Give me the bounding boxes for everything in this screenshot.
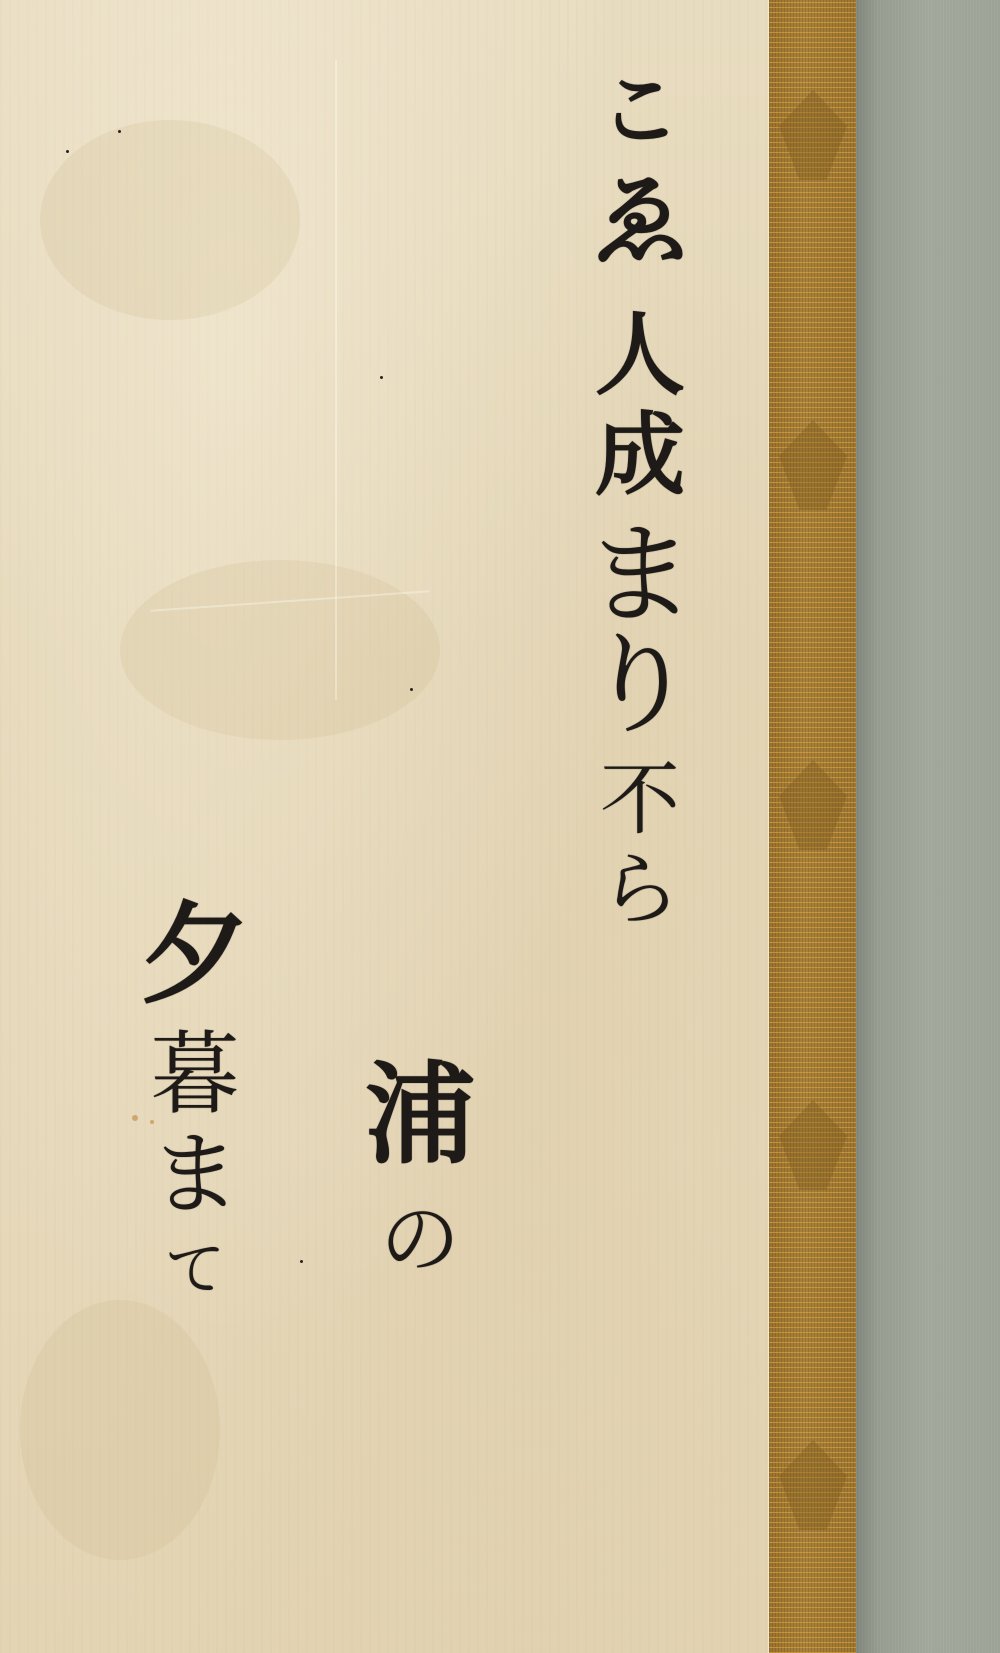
paper-stain bbox=[120, 560, 440, 740]
ink-speck bbox=[300, 1260, 303, 1263]
calligraphy-glyph: ゑ bbox=[590, 170, 690, 270]
calligraphy-column-middle: 浦 の bbox=[350, 1060, 490, 1280]
calligraphy-glyph: こ bbox=[600, 70, 680, 150]
calligraphy-glyph: ら bbox=[600, 850, 680, 930]
silk-backing bbox=[856, 0, 1000, 1653]
ink-speck bbox=[380, 376, 383, 379]
calligraphy-glyph: て bbox=[165, 1240, 225, 1300]
paper-stain bbox=[40, 120, 300, 320]
calligraphy-glyph: 人 bbox=[595, 310, 685, 400]
calligraphy-glyph: 成 bbox=[595, 410, 685, 500]
brocade-motif bbox=[779, 420, 847, 510]
calligraphy-glyph: 浦 bbox=[365, 1060, 475, 1170]
calligraphy-glyph: 暮 bbox=[150, 1030, 240, 1120]
calligraphy-glyph: 夕 bbox=[140, 900, 250, 1010]
calligraphy-glyph: ま bbox=[585, 520, 695, 630]
calligraphy-glyph: 不 bbox=[600, 760, 680, 840]
calligraphy-column-left: 夕 暮 ま て bbox=[130, 900, 260, 1300]
paper-crease bbox=[335, 60, 337, 700]
brocade-motif bbox=[779, 1100, 847, 1190]
paper-stain bbox=[20, 1300, 220, 1560]
ink-speck bbox=[410, 688, 413, 691]
calligraphy-glyph: の bbox=[380, 1200, 460, 1280]
brocade-motif bbox=[779, 1440, 847, 1530]
brocade-border bbox=[768, 0, 857, 1653]
brocade-motif bbox=[779, 90, 847, 180]
ink-speck bbox=[118, 130, 121, 133]
brocade-motif bbox=[779, 760, 847, 850]
calligraphy-column-right: こ ゑ 人 成 ま り 不 ら bbox=[580, 70, 700, 930]
calligraphy-glyph: り bbox=[585, 630, 695, 740]
ink-speck bbox=[66, 150, 69, 153]
calligraphy-glyph: ま bbox=[150, 1130, 240, 1220]
